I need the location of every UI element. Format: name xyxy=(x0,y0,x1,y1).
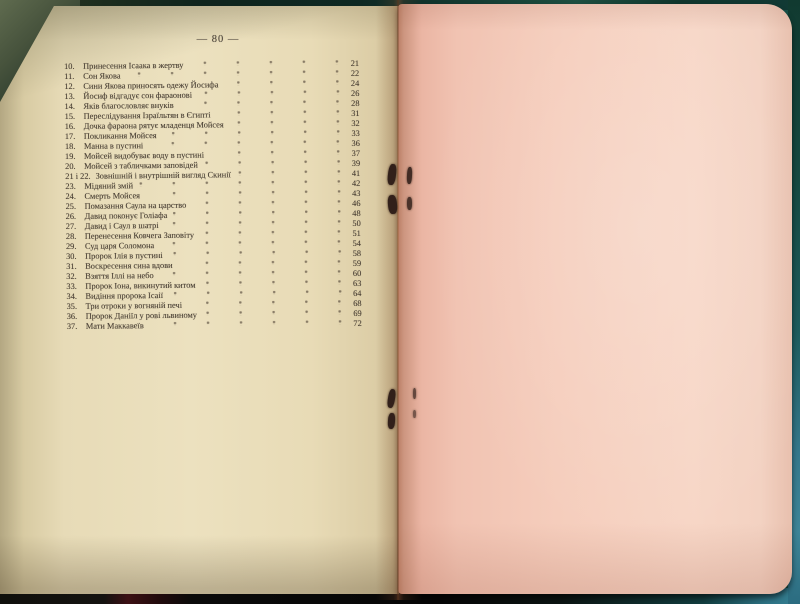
toc-entry-page: 22 xyxy=(345,69,359,79)
toc-entry-page: 43 xyxy=(346,189,360,199)
toc-entry-number: 28. xyxy=(66,232,80,242)
toc-entry-number: 33. xyxy=(66,282,80,292)
toc-entry-page: 36 xyxy=(346,139,360,149)
toc-entry-page: 31 xyxy=(346,109,360,119)
dot-leader xyxy=(149,316,343,328)
toc-entry-page: 68 xyxy=(348,299,362,309)
toc-entry-title: Мідяний змій xyxy=(84,181,133,192)
toc-entry-page: 28 xyxy=(345,99,359,109)
toc-entry-page: 58 xyxy=(347,249,361,259)
staple-icon xyxy=(413,388,416,399)
toc-entry-number: 18. xyxy=(65,142,79,152)
toc-entry-number: 36. xyxy=(67,312,81,322)
staple-icon xyxy=(413,410,416,418)
toc-entry-number: 24. xyxy=(65,192,79,202)
toc-entry-page: 32 xyxy=(346,119,360,129)
toc-entry-number: 17. xyxy=(65,132,79,142)
toc-entry-page: 51 xyxy=(347,229,361,239)
toc-entry-title: Мати Маккавеїв xyxy=(86,321,144,332)
toc-entry-number: 13. xyxy=(64,92,78,102)
open-book-photo: — 80 — 10.Принесення Ісаака в жертву2111… xyxy=(0,0,800,604)
toc-entry-page: 69 xyxy=(348,309,362,319)
toc-entry-number: 21 і 22. xyxy=(65,172,90,182)
toc-entry-title: Покликання Мойсея xyxy=(84,131,157,142)
toc-entry-page: 24 xyxy=(345,79,359,89)
toc-entry-page: 63 xyxy=(347,279,361,289)
toc-entry-number: 34. xyxy=(66,292,80,302)
page-number-header: — 80 — xyxy=(158,34,278,45)
toc-entry-page: 59 xyxy=(347,259,361,269)
toc-entry-page: 46 xyxy=(346,199,360,209)
toc-entry-page: 37 xyxy=(346,149,360,159)
toc-entry-number: 27. xyxy=(66,222,80,232)
toc-entry-title: Помазання Саула на царство xyxy=(84,201,186,212)
right-page-blank xyxy=(398,4,792,594)
toc-entry-number: 10. xyxy=(64,62,78,72)
toc-entry-number: 23. xyxy=(65,182,79,192)
toc-entry-page: 50 xyxy=(347,219,361,229)
left-page-contents: — 80 — 10.Принесення Ісаака в жертву2111… xyxy=(0,6,399,594)
toc-entry-page: 33 xyxy=(346,129,360,139)
toc-entry-number: 20. xyxy=(65,162,79,172)
toc-entry-title: Манна в пустині xyxy=(84,141,143,152)
toc-entry-page: 72 xyxy=(348,319,362,329)
toc-entry-title: Сон Якова xyxy=(83,71,120,81)
toc-entry-number: 19. xyxy=(65,152,79,162)
toc-entry-page: 64 xyxy=(347,289,361,299)
toc-entry-number: 25. xyxy=(65,202,79,212)
toc-entry-title: Смерть Мойсея xyxy=(84,191,140,202)
toc-entry-page: 39 xyxy=(346,159,360,169)
toc-entry-number: 29. xyxy=(66,242,80,252)
toc-entry-number: 16. xyxy=(65,122,79,132)
toc-entry-title: Йосиф відгадує сон фараонові xyxy=(83,91,192,102)
toc-entry-page: 41 xyxy=(346,169,360,179)
toc-entry-number: 11. xyxy=(64,72,78,82)
toc-entry-page: 48 xyxy=(347,209,361,219)
toc-entry-number: 31. xyxy=(66,262,80,272)
toc-entry-number: 37. xyxy=(67,322,81,332)
table-of-contents: 10.Принесення Ісаака в жертву2111.Сон Як… xyxy=(64,56,362,329)
staple-icon xyxy=(407,197,412,210)
toc-entry-number: 12. xyxy=(64,82,78,92)
toc-entry-number: 14. xyxy=(64,102,78,112)
toc-entry-number: 32. xyxy=(66,272,80,282)
toc-entry-page: 21 xyxy=(345,59,359,69)
toc-entry-number: 15. xyxy=(65,112,79,122)
toc-entry-page: 60 xyxy=(347,269,361,279)
toc-entry-number: 26. xyxy=(66,212,80,222)
toc-entry-page: 54 xyxy=(347,239,361,249)
toc-entry-number: 30. xyxy=(66,252,80,262)
toc-entry-page: 42 xyxy=(346,179,360,189)
toc-entry-number: 35. xyxy=(67,302,81,312)
toc-entry-page: 26 xyxy=(345,89,359,99)
